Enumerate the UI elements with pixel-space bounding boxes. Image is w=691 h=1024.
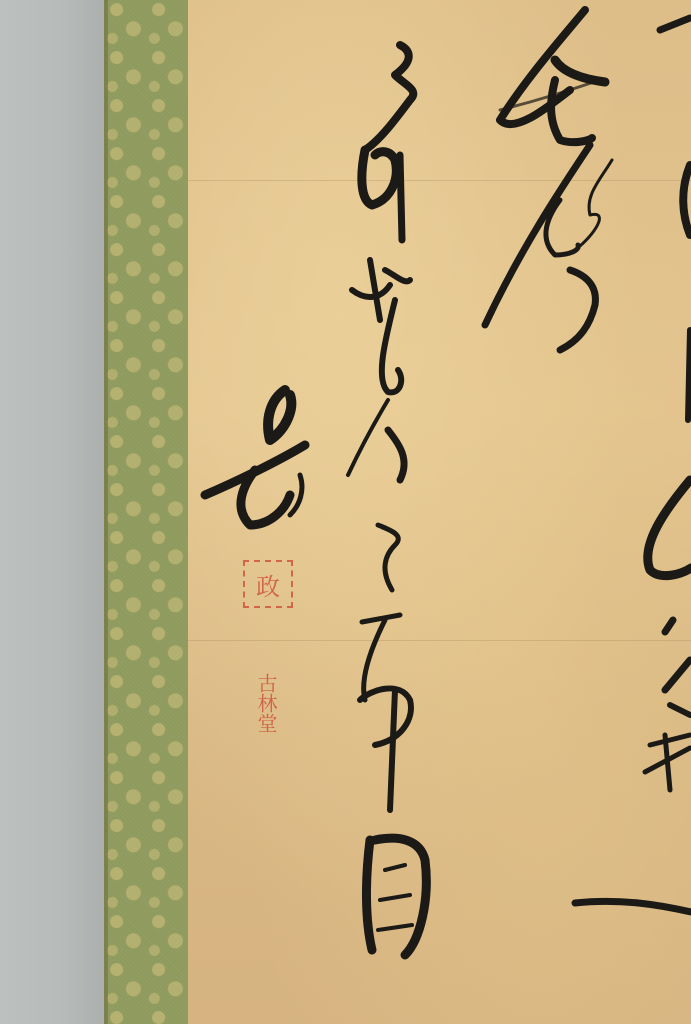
red-seal-lower: 古林堂 [234, 673, 298, 733]
red-seal-upper: 政 [243, 560, 293, 608]
calligraphy-ink [0, 0, 691, 1024]
